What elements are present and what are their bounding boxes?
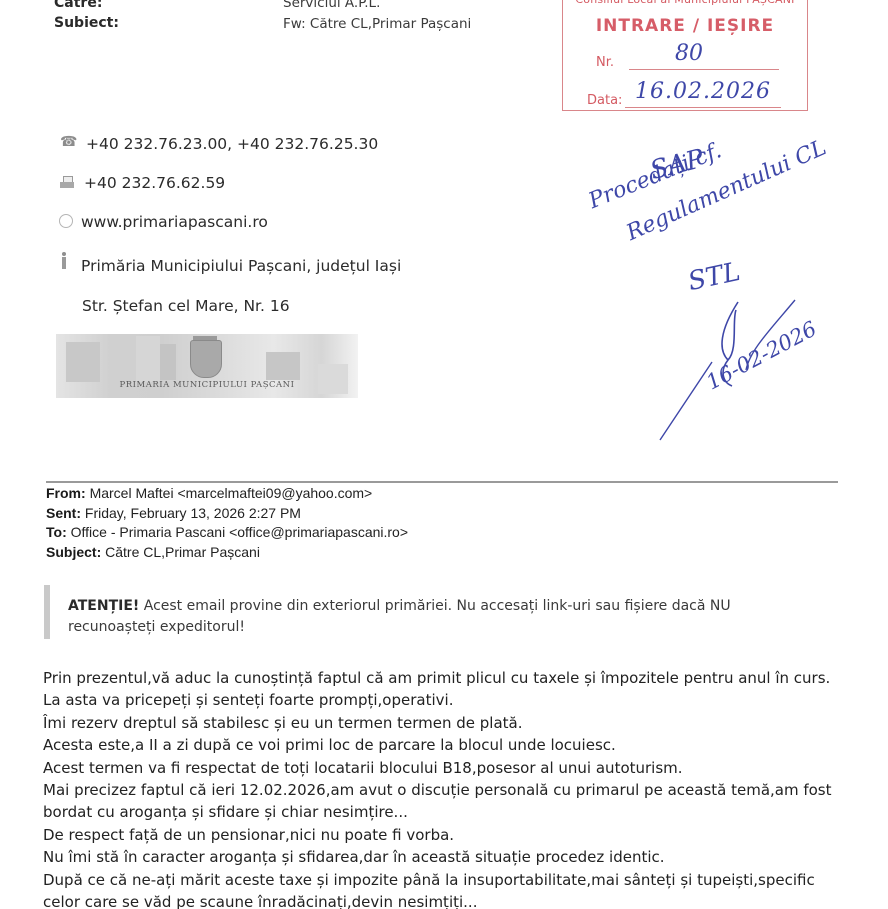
coat-of-arms-icon	[190, 340, 222, 378]
warning-text-2: recunoașteți expeditorul!	[68, 619, 245, 635]
letter-line: Acesta este,a II a zi după ce voi primi …	[43, 734, 863, 756]
sent-row: Sent: Friday, February 13, 2026 2:27 PM	[46, 504, 408, 524]
letter-line: Nu îmi stă în caracter aroganța și sfida…	[43, 846, 863, 868]
letter-line: bordat cu aroganța și sfidare și chiar n…	[43, 801, 863, 823]
letter-line: Mai precizez faptul că ieri 12.02.2026,a…	[43, 779, 863, 801]
stamp-organization: Consiliul Local al Municipiului PAȘCANI	[563, 0, 807, 6]
stamp-nr-line	[629, 69, 779, 70]
warning-strong: ATENȚIE!	[68, 598, 139, 614]
subject-label: Subiect:	[54, 15, 119, 31]
to-value-fwd: Office - Primaria Pascani <office@primar…	[71, 524, 408, 540]
from-label: From:	[46, 485, 86, 501]
external-email-warning: ATENȚIE! Acest email provine din exterio…	[68, 596, 828, 638]
subject-value-fwd: Către CL,Primar Pașcani	[105, 544, 260, 560]
stamp-date-line	[625, 107, 781, 108]
letter-line: Îmi rezerv dreptul să stabilesc și eu un…	[43, 712, 863, 734]
warning-text: Acest email provine din exteriorul primă…	[139, 598, 730, 614]
subject-row: Subject: Către CL,Primar Pașcani	[46, 543, 408, 563]
header-separator	[46, 481, 838, 483]
from-value: Marcel Maftei <marcelmaftei09@yahoo.com>	[90, 485, 373, 501]
stamp-title: INTRARE / IEȘIRE	[563, 16, 807, 36]
website-link[interactable]: www.primariapascani.ro	[81, 213, 268, 231]
stamp-nr-value: 80	[675, 41, 703, 66]
fax-icon	[60, 176, 74, 188]
globe-icon	[59, 214, 73, 228]
info-icon	[61, 252, 67, 269]
fax-number: +40 232.76.62.59	[84, 174, 225, 192]
phone-numbers: +40 232.76.23.00, +40 232.76.25.30	[86, 135, 378, 153]
letter-line: Acest termen va fi respectat de toți loc…	[43, 757, 863, 779]
stamp-date-label: Data:	[587, 93, 622, 108]
to-row: To: Office - Primaria Pascani <office@pr…	[46, 523, 408, 543]
sent-label: Sent:	[46, 505, 81, 521]
letter-line: După ce că ne-ați mărit aceste taxe și i…	[43, 869, 863, 891]
to-label: Către:	[54, 0, 102, 11]
banner-text: PRIMARIA MUNICIPIULUI PAȘCANI	[56, 380, 358, 390]
from-row: From: Marcel Maftei <marcelmaftei09@yaho…	[46, 484, 408, 504]
sent-value: Friday, February 13, 2026 2:27 PM	[85, 505, 301, 521]
stamp-date-value: 16.02.2026	[635, 79, 771, 104]
city-hall-banner: PRIMARIA MUNICIPIULUI PAȘCANI	[56, 334, 358, 398]
handwritten-line-3: Regulamentului CL	[623, 135, 830, 246]
letter-line: celor care se văd pe scaune înradăcinați…	[43, 891, 863, 909]
institution-name: Primăria Municipiului Pașcani, județul I…	[81, 257, 401, 275]
letter-body: Prin prezentul,vă aduc la cunoștință fap…	[43, 667, 863, 909]
telephone-icon: ☎	[60, 134, 77, 150]
letter-line: De respect față de un pensionar,nici nu …	[43, 824, 863, 846]
stamp-nr-label: Nr.	[596, 55, 614, 70]
to-label-fwd: To:	[46, 524, 67, 540]
forwarded-header: From: Marcel Maftei <marcelmaftei09@yaho…	[46, 484, 408, 562]
subject-value: Fw: Către CL,Primar Pașcani	[283, 16, 471, 32]
to-value: Serviciul A.P.L.	[283, 0, 380, 11]
letter-line: Prin prezentul,vă aduc la cunoștință fap…	[43, 667, 863, 689]
registration-stamp: Consiliul Local al Municipiului PAȘCANI …	[562, 0, 808, 111]
warning-accent-bar	[44, 585, 50, 639]
institution-address: Str. Ștefan cel Mare, Nr. 16	[82, 297, 290, 315]
letter-line: La asta va pricepeți și senteți foarte p…	[43, 689, 863, 711]
subject-label-fwd: Subject:	[46, 544, 101, 560]
